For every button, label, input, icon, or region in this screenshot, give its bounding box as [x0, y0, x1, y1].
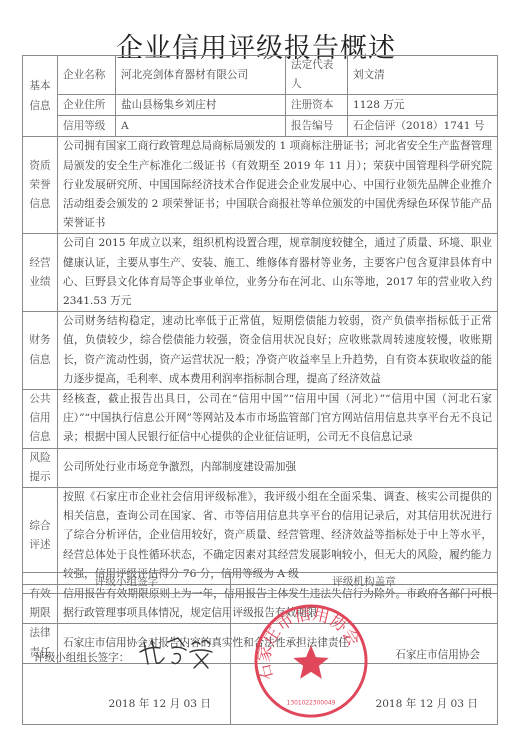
seal-date: 2018 年 12 月 03 日	[375, 695, 478, 714]
section-label: 财务信息	[28, 331, 52, 369]
field-label: 法定代表人	[286, 56, 348, 95]
svg-text:1301022300049: 1301022300049	[287, 700, 336, 706]
section-row-finance: 财务信息 公司财务结构稳定，速动比率低于正常值，短期偿债能力较弱，资产负债率指标…	[23, 312, 498, 390]
section-label-basic: 基本信息	[23, 56, 58, 137]
signature-date: 2018 年 12 月 03 日	[108, 695, 211, 714]
section-label: 资质荣誉信息	[28, 157, 52, 215]
section-label: 风险提示	[28, 449, 52, 487]
basic-row-1: 基本信息 企业名称 河北亮剑体育器材有限公司 法定代表人 刘文清	[23, 56, 498, 95]
section-label: 综合评述	[28, 517, 52, 555]
section-row-summary: 综合评述 按照《石家庄市企业社会信用评级标准》，我评级小组在全面采集、调查、核实…	[23, 488, 498, 585]
company-address: 盐山县杨集乡刘庄村	[116, 95, 286, 116]
section-text: 经核查，截止报告出具日，公司在“信用中国”“信用中国（河北）”“信用中国（河北石…	[58, 390, 498, 449]
registered-capital: 1128 万元	[348, 95, 498, 116]
section-row-qualifications: 资质荣誉信息 公司拥有国家工商行政管理总局商标局颁发的 1 项商标注册证书；河北…	[23, 137, 498, 234]
rating-agency-seal-header: 评级机构盖章	[231, 573, 498, 594]
section-text: 公司拥有国家工商行政管理总局商标局颁发的 1 项商标注册证书；河北省安全生产监督…	[58, 137, 498, 234]
section-label: 公共信用信息	[28, 390, 52, 448]
section-text: 公司所处行业市场竞争激烈，内部制度建设需加强	[58, 448, 498, 487]
section-row-performance: 经营业绩 公司自 2015 年成立以来，组织机构设置合理，规章制度较健全，通过了…	[23, 234, 498, 312]
agency-name: 石家庄市信用协会	[395, 646, 480, 665]
field-label: 信用等级	[58, 116, 116, 137]
field-label: 报告编号	[286, 116, 348, 137]
field-label: 企业名称	[58, 56, 116, 95]
legal-representative: 刘文清	[348, 56, 498, 95]
section-text: 按照《石家庄市企业社会信用评级标准》，我评级小组在全面采集、调查、核实公司提供的…	[58, 488, 498, 585]
signature-cell: 评级小组组长签字： 2018 年 12 月 03 日	[23, 594, 231, 725]
rating-team-signature-header: 评级小组签字	[23, 573, 231, 594]
section-text: 公司自 2015 年成立以来，组织机构设置合理，规章制度较健全，通过了质量、环境…	[58, 234, 498, 312]
section-row-public-credit: 公共信用信息 经核查，截止报告出具日，公司在“信用中国”“信用中国（河北）”“信…	[23, 390, 498, 449]
seal-cell: 石家庄市信用协会 石家庄市信用协会 1301022300049 2018 年 1…	[231, 594, 498, 725]
section-text: 公司财务结构稳定，速动比率低于正常值，短期偿债能力较弱，资产负债率指标低于正常值…	[58, 312, 498, 390]
basic-row-3: 信用等级 A 报告编号 石企信评（2018）1741 号	[23, 116, 498, 137]
team-leader-label: 评级小组组长签字：	[34, 649, 129, 668]
company-name: 河北亮剑体育器材有限公司	[116, 56, 286, 95]
report-number: 石企信评（2018）1741 号	[348, 116, 498, 137]
signature-table: 评级小组签字 评级机构盖章 评级小组组长签字： 2018 年 12 月 03 日…	[22, 572, 498, 725]
credit-grade: A	[116, 116, 286, 137]
section-row-risk: 风险提示 公司所处行业市场竞争激烈，内部制度建设需加强	[23, 448, 498, 487]
handwritten-signature-icon	[138, 634, 218, 672]
section-label: 经营业绩	[28, 254, 52, 292]
basic-row-2: 企业住所 盐山县杨集乡刘庄村 注册资本 1128 万元	[23, 95, 498, 116]
field-label: 企业住所	[58, 95, 116, 116]
field-label: 注册资本	[286, 95, 348, 116]
official-seal-icon: 石家庄市信用协会 1301022300049	[252, 602, 370, 720]
